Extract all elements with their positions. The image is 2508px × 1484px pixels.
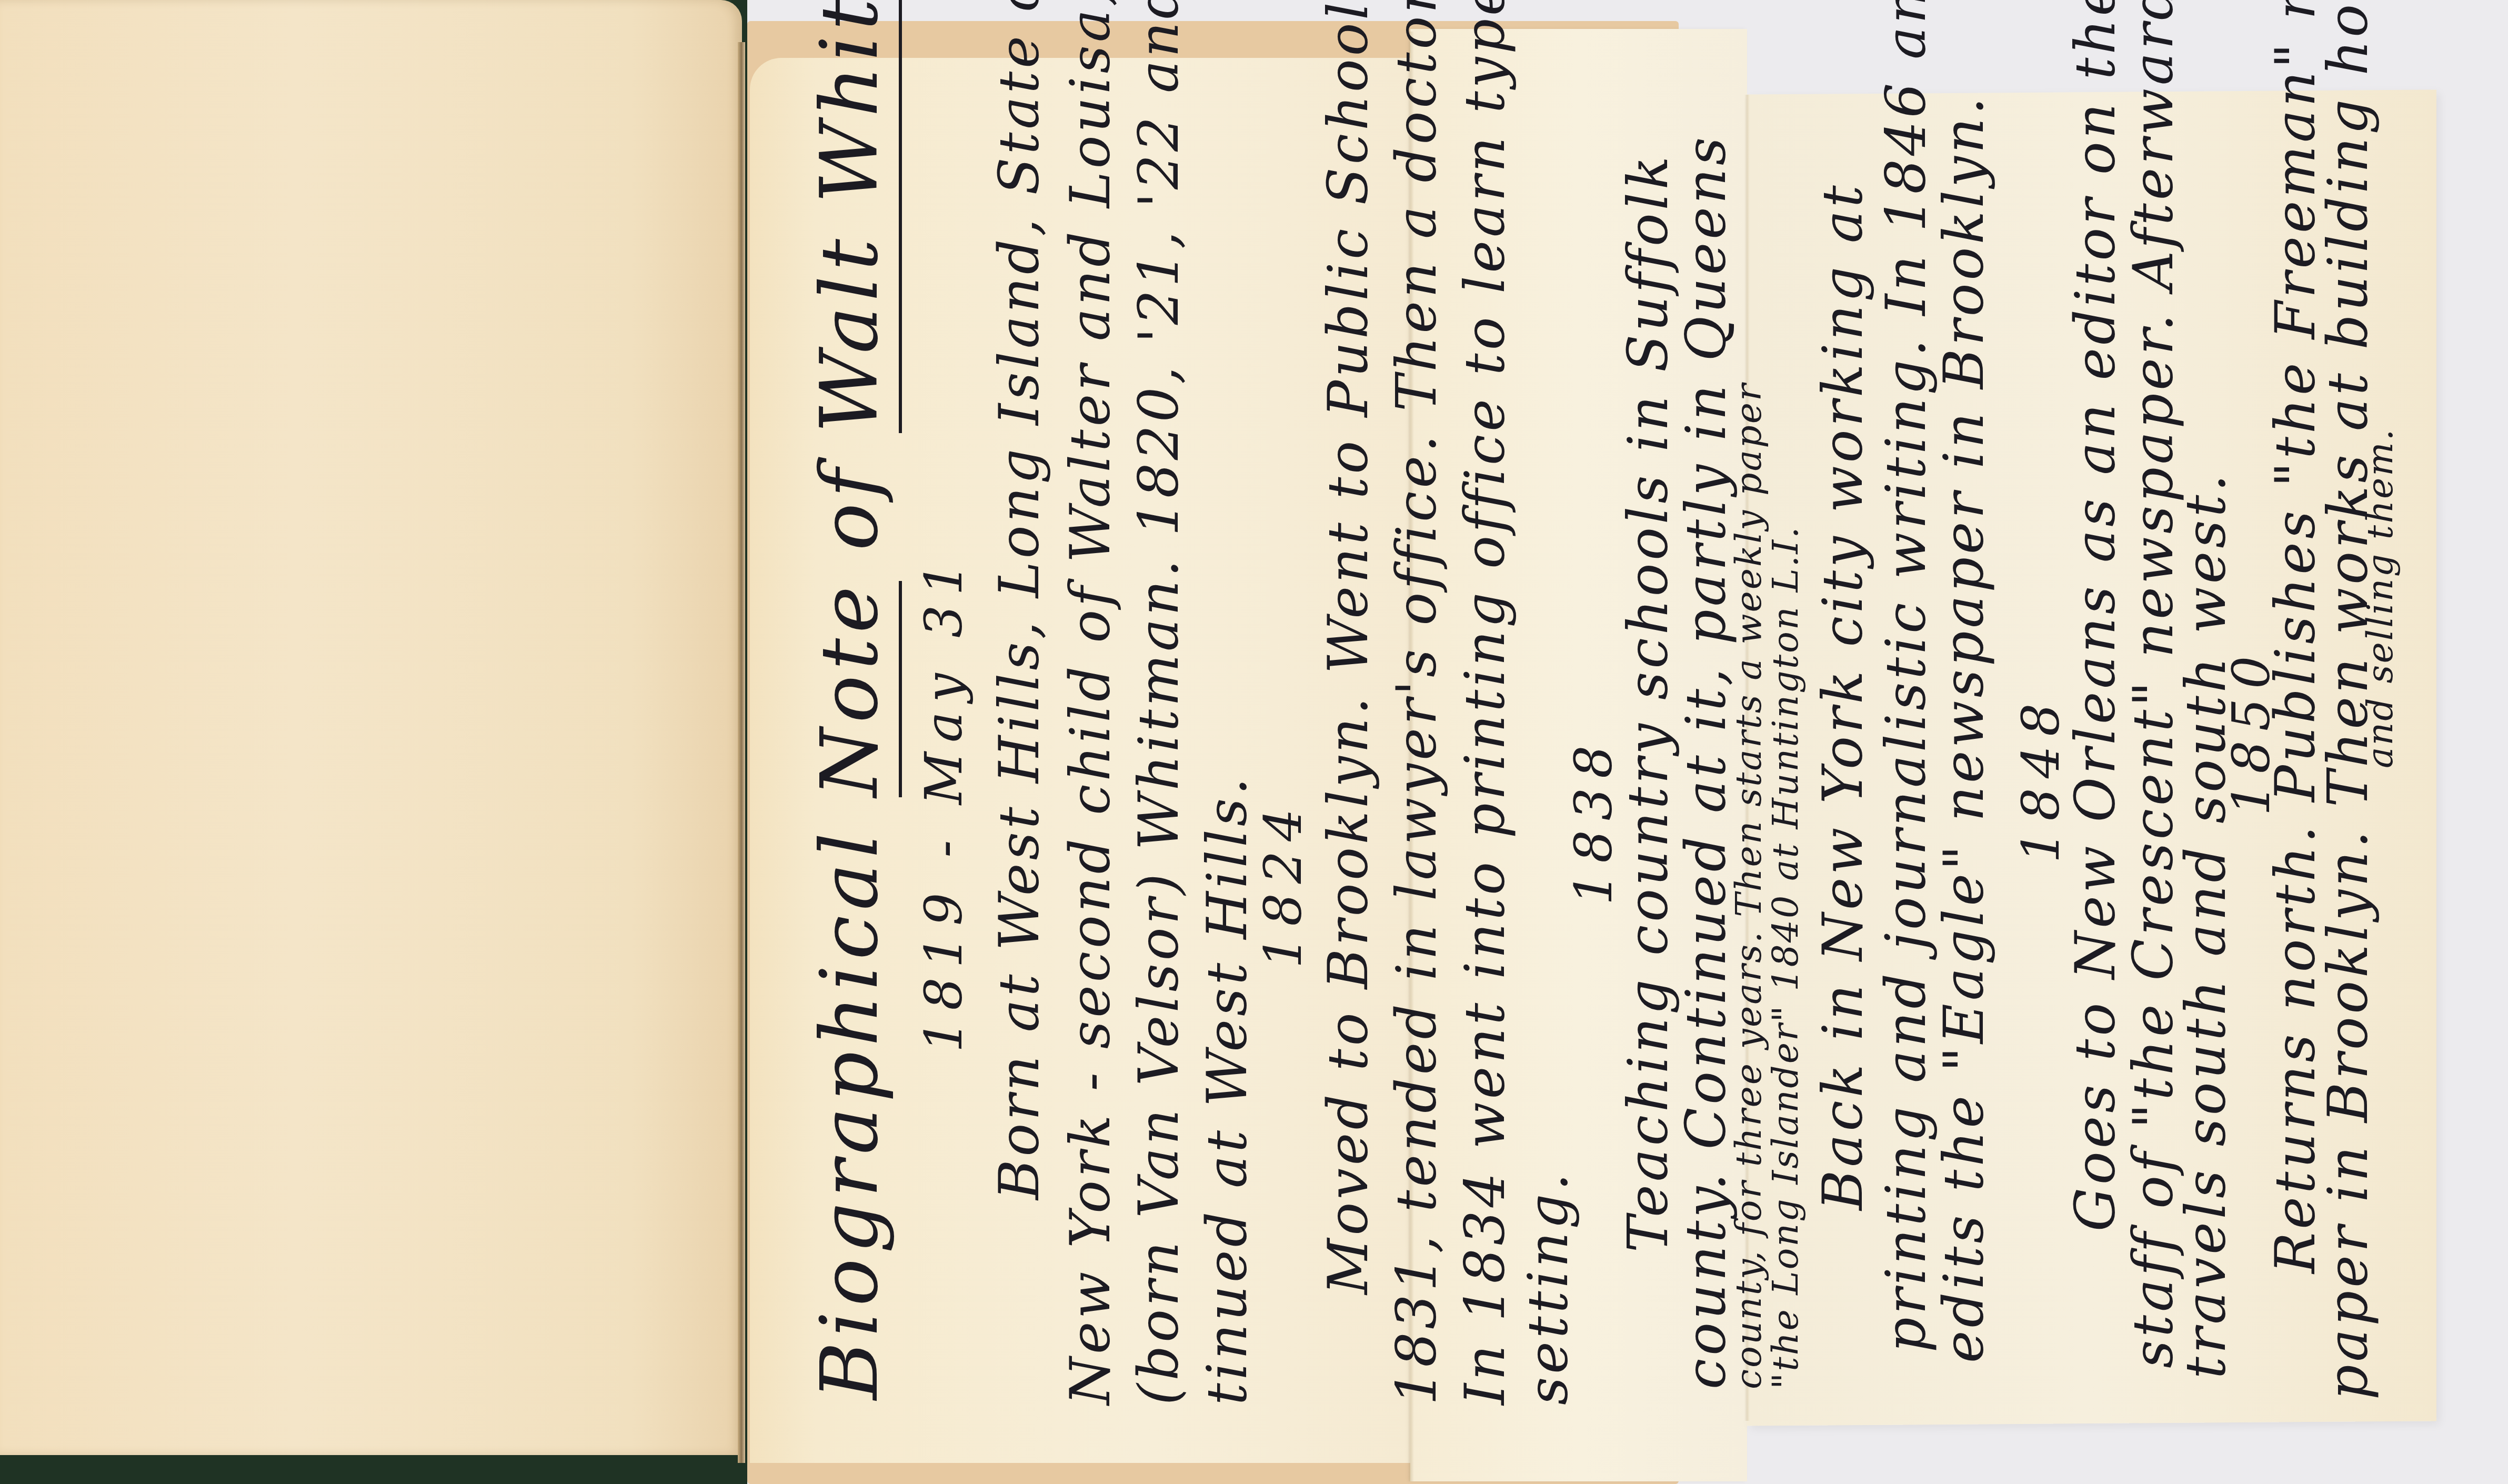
- title-word-of: of: [804, 464, 896, 551]
- section-line: Teaching country schools in Suffolk: [1621, 153, 1676, 1252]
- handwritten-manuscript: Biographical Note of Walt Whitman 1819 -…: [789, 84, 2368, 1421]
- section-line: New York - second child of Walter and Lo…: [1063, 0, 1118, 1405]
- left-blank-page: [0, 0, 742, 1455]
- book-gutter: [738, 42, 745, 1463]
- section-year: 1838: [1568, 736, 1620, 905]
- title-word-biographical: Biographical: [804, 827, 896, 1400]
- section-line: staff of "the Crescent" newspaper. After…: [2126, 0, 2181, 1368]
- title-word-note: Note: [804, 581, 902, 797]
- section-year: 1824: [1258, 799, 1309, 968]
- section-line: county, for three years. Then starts a w…: [1731, 383, 1767, 1389]
- section-line: In 1834 went into printing office to lea…: [1458, 0, 1512, 1405]
- section-year: 1819 - May 31: [918, 553, 970, 1052]
- section-line: and selling them.: [2363, 428, 2399, 768]
- section-line: edits the "Eagle" newspaper in Brooklyn.: [1937, 94, 1991, 1363]
- section-line: Moved to Brooklyn. Went to Public School…: [1321, 0, 1376, 1295]
- section-line: 1831, tended in lawyer's office. Then a …: [1389, 0, 1444, 1405]
- section-line: setting.: [1521, 1170, 1576, 1405]
- section-line: Goes to New Orleans as an editor on the: [2068, 0, 2123, 1231]
- section-line: county. Continued at it, partly in Queen…: [1679, 134, 1733, 1389]
- section-line: Born at West Hills, Long Island, State o…: [992, 0, 1047, 1200]
- section-line: Back in New York city working at: [1815, 182, 1870, 1210]
- section-line: "the Long Islander" 1840 at Huntington L…: [1768, 525, 1804, 1389]
- manuscript-title: Biographical Note of Walt Whitman: [810, 0, 889, 1400]
- section-line: printing and journalistic writing. In 18…: [1879, 0, 1933, 1352]
- section-line: travels south and south west.: [2179, 471, 2233, 1379]
- title-name: Walt Whitman: [804, 0, 902, 433]
- section-year: 1848: [2015, 694, 2067, 863]
- section-line: tinued at West Hills.: [1200, 775, 1255, 1405]
- section-line: Returns north. Publishes "the Freeman" n…: [2268, 0, 2323, 1274]
- section-line: (born Van Velsor) Whitman. 1820, '21, '2…: [1131, 0, 1186, 1405]
